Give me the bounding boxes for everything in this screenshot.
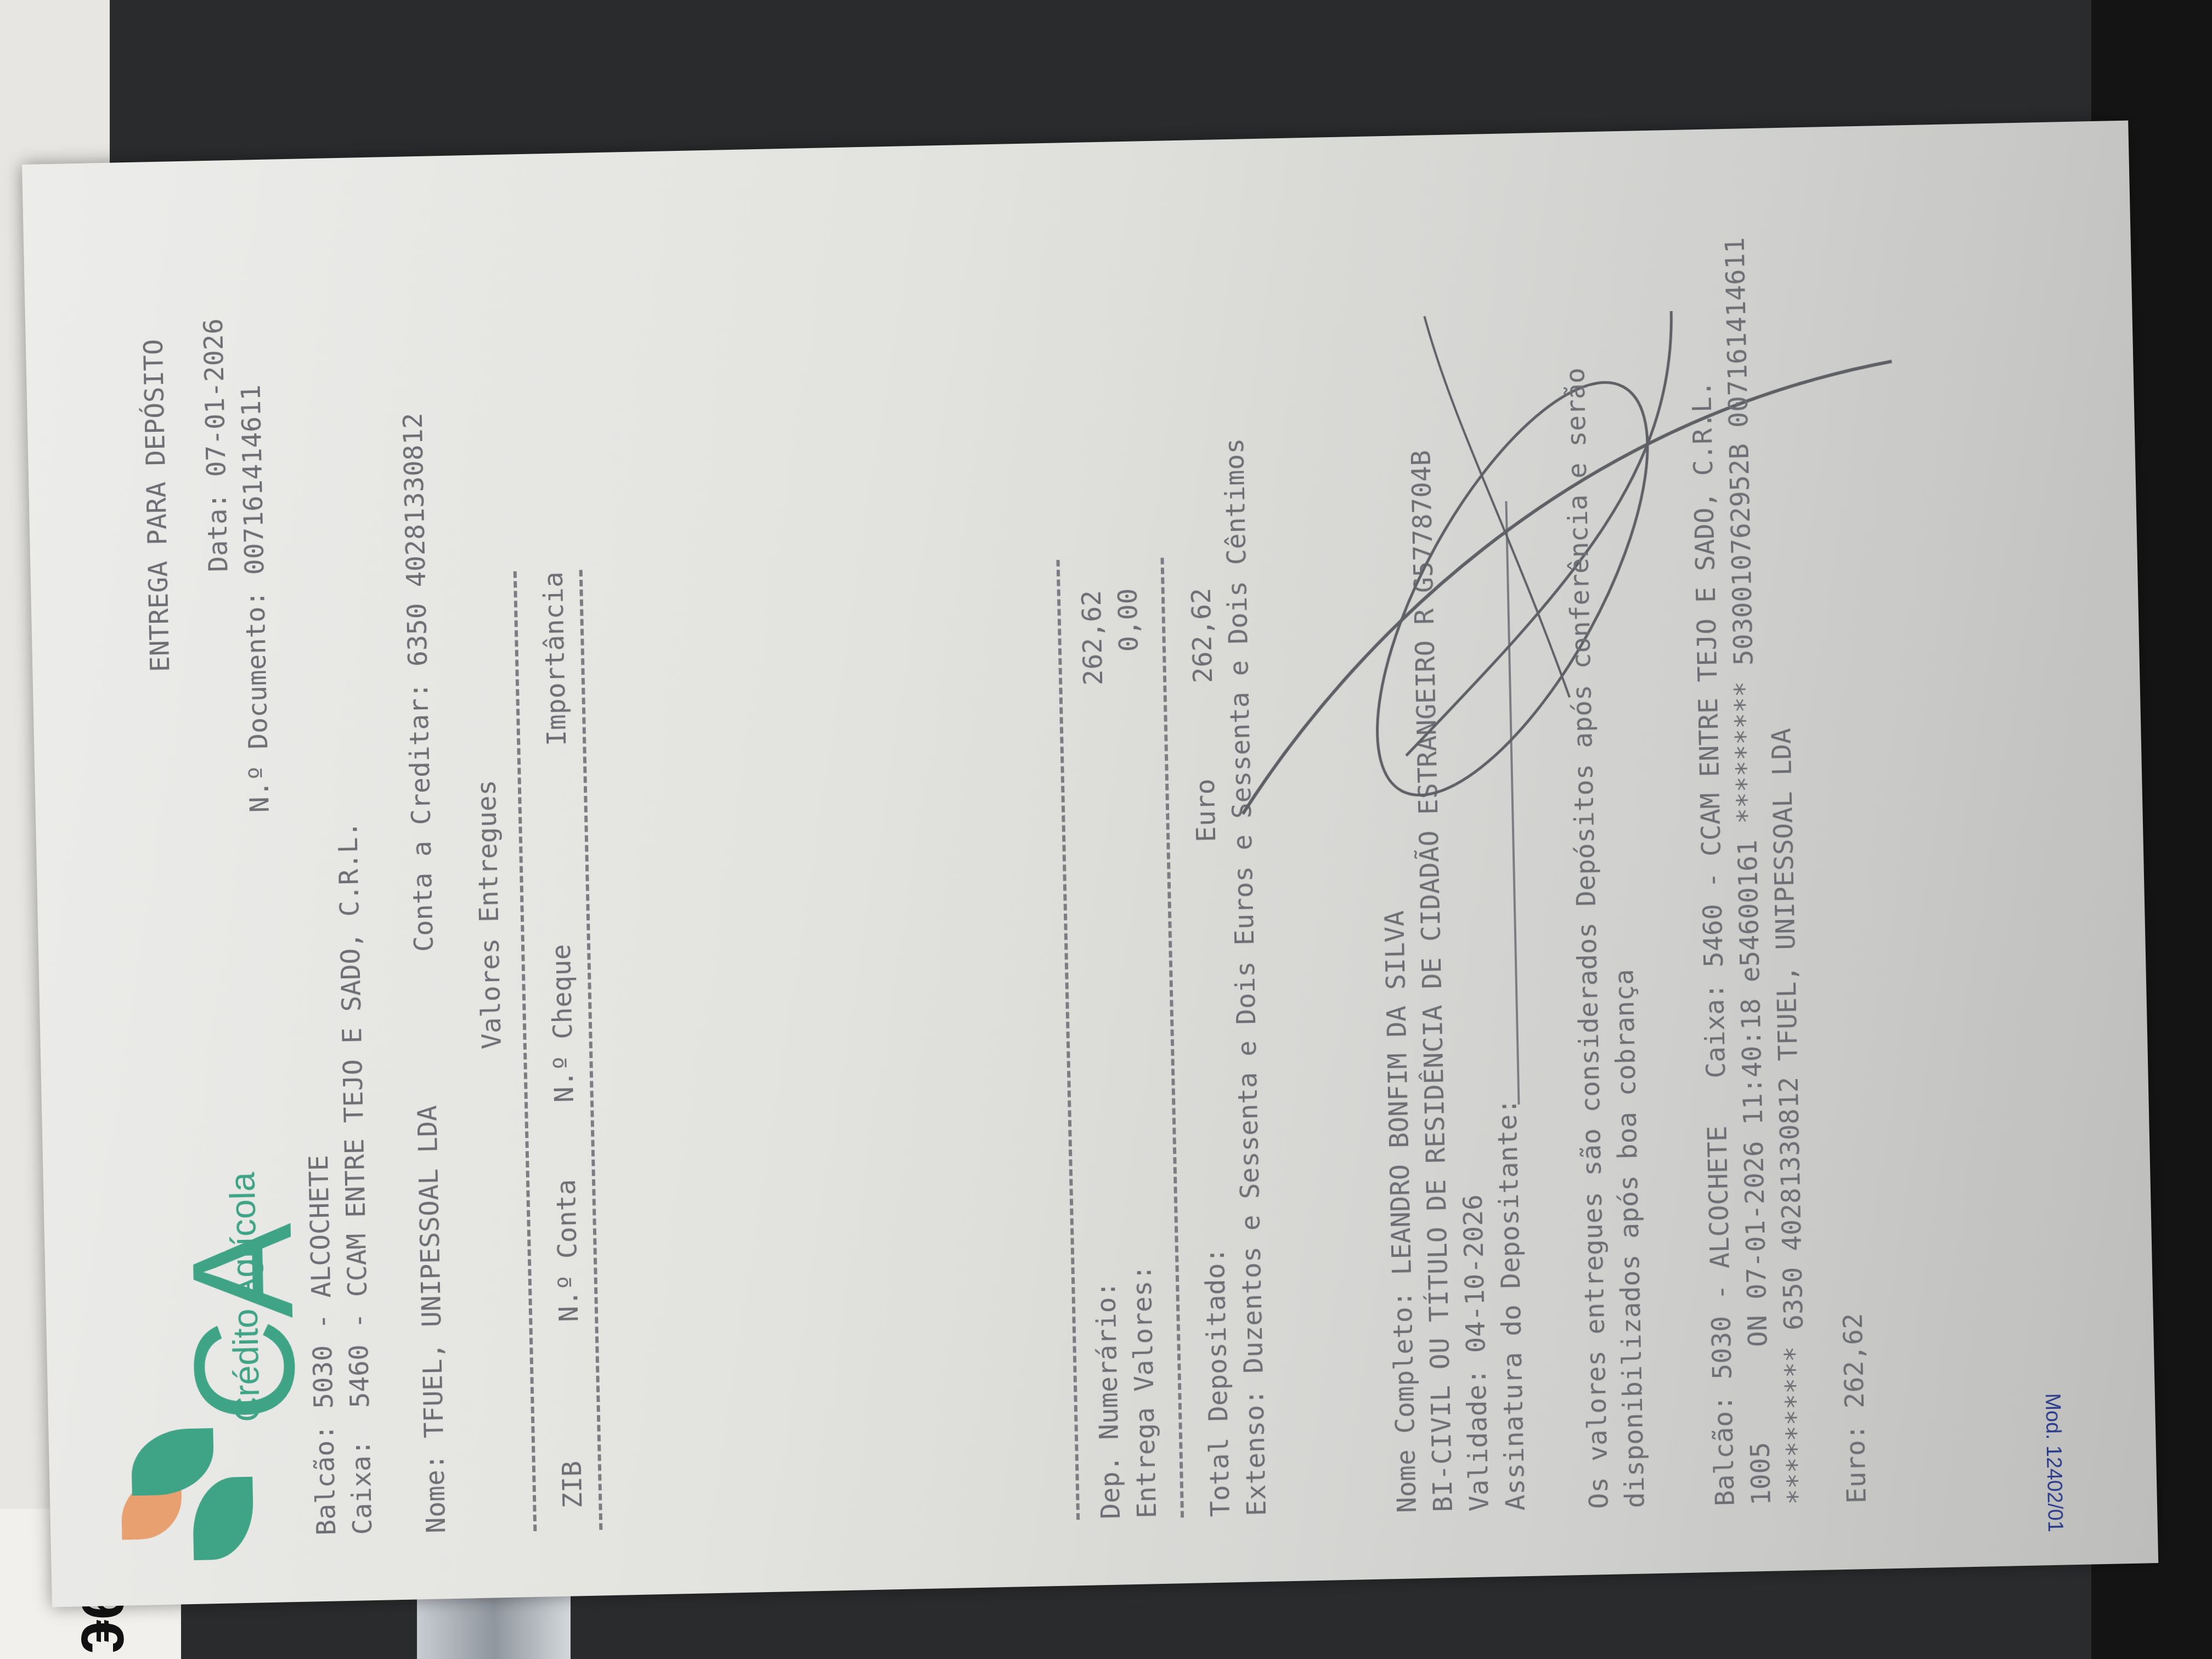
date-value: 07-01-2026 [198, 318, 232, 477]
entrega-valores-label: Entrega Valores: [1124, 1265, 1165, 1519]
doc-number-row: N.º Documento: 007161414611 [233, 384, 278, 812]
dep-numerario-value: 262,62 [1074, 590, 1112, 686]
dep-numerario-label: Dep. Numerário: [1088, 1281, 1129, 1520]
logo-leaf-green-icon [192, 1477, 254, 1560]
deposit-receipt: CA Crédito Agrícola ENTREGA PARA DEPÓSIT… [22, 121, 2158, 1607]
name-row: Nome: TFUEL, UNIPESSOAL LDA [409, 1105, 454, 1533]
divider [1160, 558, 1184, 1518]
entrega-valores-value: 0,00 [1110, 588, 1147, 652]
balcao-label: Balcão: [309, 1424, 342, 1536]
balcao-value: 5030 - ALCOCHETE [303, 1155, 340, 1409]
name-label: Nome: [419, 1454, 452, 1534]
full-name-value: LEANDRO BONFIM DA SILVA [1379, 910, 1418, 1276]
doc-number-value: 007161414611 [235, 384, 270, 575]
col-account: N.º Conta [548, 1179, 587, 1322]
credit-account-row: Conta a Creditar: 6350 40281330812 [395, 413, 443, 952]
date-label: Data: [202, 493, 234, 573]
name-value: TFUEL, UNIPESSOAL LDA [412, 1105, 450, 1438]
form-code: Mod. 12402/01 [2034, 1393, 2073, 1533]
validity-row: Validade: 04-10-2026 [1455, 1194, 1498, 1511]
col-amount: Importância [535, 571, 575, 746]
logo-leaf-green-icon [131, 1428, 214, 1496]
divider [1057, 560, 1080, 1520]
divider [579, 570, 603, 1530]
divider [513, 571, 537, 1531]
footer-line-4: Euro: 262,62 [1835, 1313, 1875, 1504]
caixa-label: Caixa: [346, 1440, 379, 1536]
logo-name: Crédito Agrícola [224, 1172, 266, 1423]
document-title: ENTREGA PARA DEPÓSITO [136, 338, 179, 672]
full-name-label: Nome Completo: [1387, 1291, 1423, 1514]
validity-label: Validade: [1462, 1368, 1495, 1511]
values-title: Valores Entregues [469, 780, 510, 1050]
col-zib: ZIB [554, 1460, 591, 1509]
col-cheque: N.º Cheque [543, 944, 583, 1103]
doc-number-label: N.º Documento: [240, 590, 275, 813]
date-row: Data: 07-01-2026 [195, 318, 237, 573]
validity-value: 04-10-2026 [1458, 1194, 1492, 1353]
credit-account-label: Conta a Creditar: [403, 682, 439, 952]
extenso-label: Extenso: [1239, 1389, 1272, 1516]
credit-account-value: 6350 40281330812 [398, 413, 434, 667]
receipt-content: CA Crédito Agrícola ENTREGA PARA DEPÓSIT… [22, 121, 2158, 1607]
total-label: Total Depositado: [1197, 1247, 1239, 1517]
